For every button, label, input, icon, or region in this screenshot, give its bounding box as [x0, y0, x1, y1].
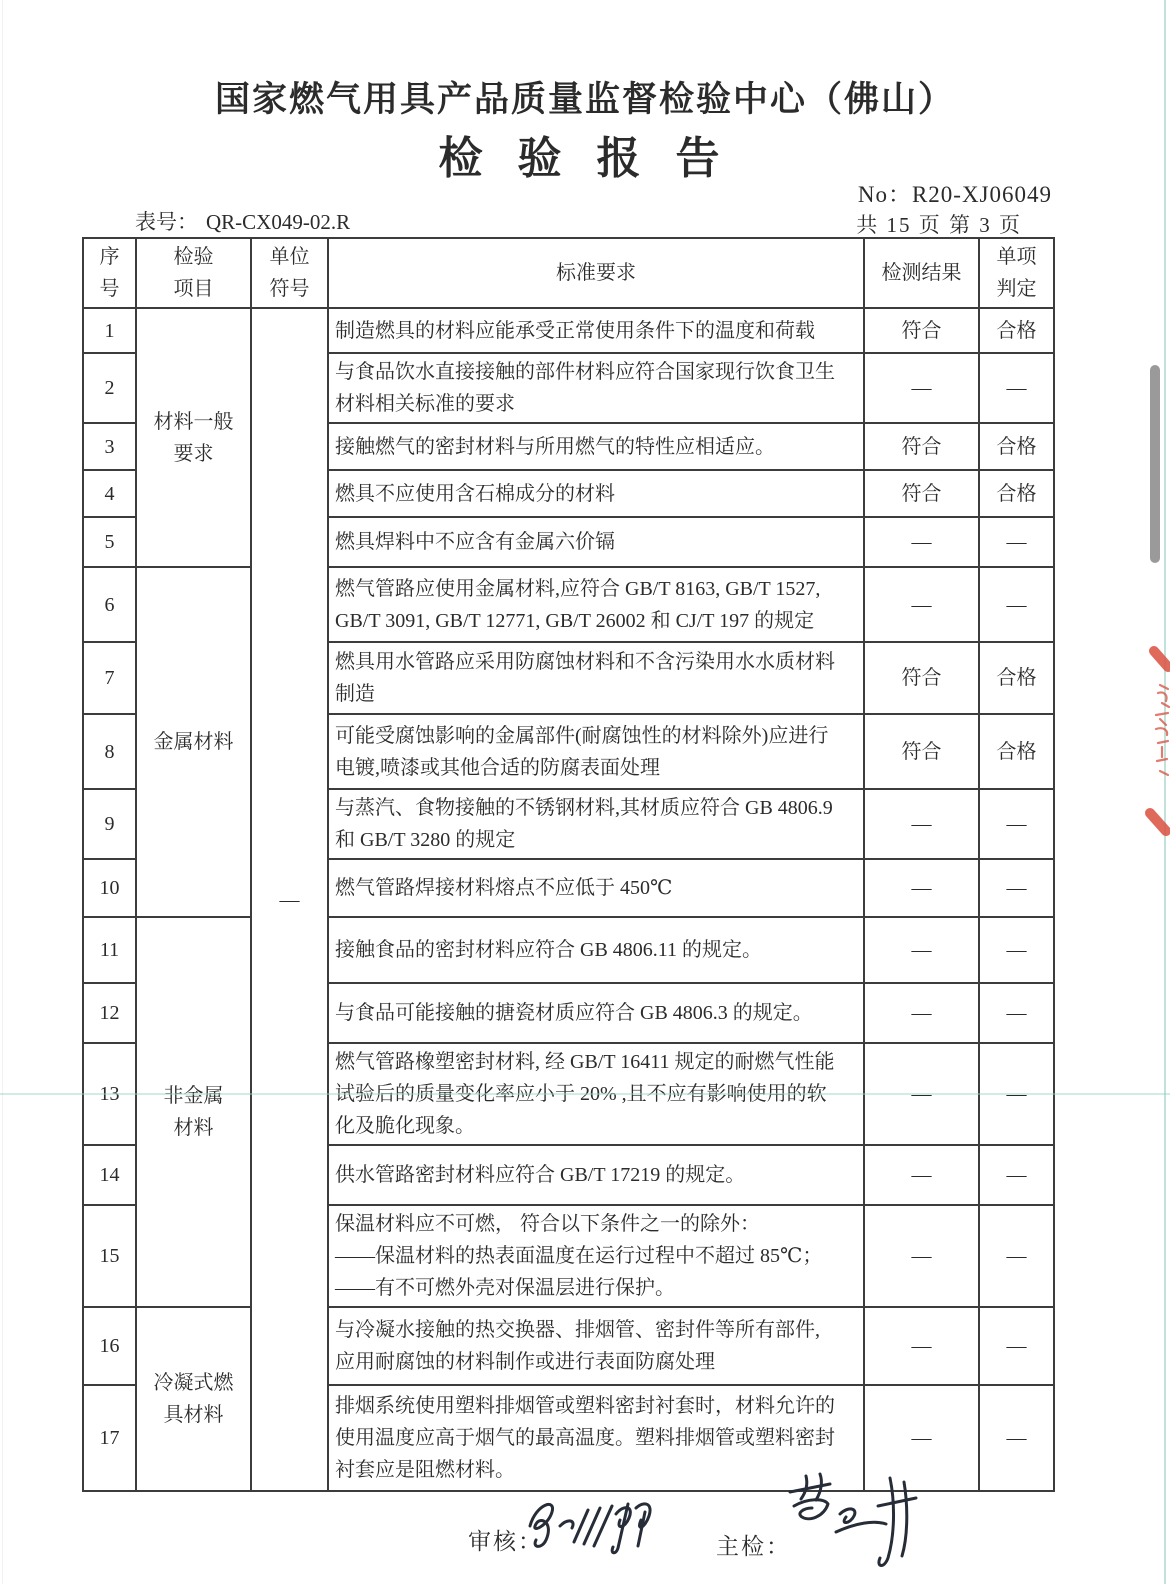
- result-cell: 符合: [864, 308, 979, 353]
- row-no: 14: [83, 1145, 136, 1205]
- group-label-condensing-materials: 冷凝式燃 具材料: [136, 1307, 251, 1491]
- table-row: 1 材料一般 要求 — 制造燃具的材料应能承受正常使用条件下的温度和荷载 符合 …: [83, 308, 1054, 353]
- page-info: 共 15 页 第 3 页: [856, 209, 1022, 239]
- col-header-result: 检测结果: [864, 238, 979, 308]
- row-no: 3: [83, 423, 136, 470]
- judgement-cell: —: [979, 1205, 1054, 1307]
- col-header-requirement: 标准要求: [328, 238, 864, 308]
- result-cell: 符合: [864, 642, 979, 714]
- row-no: 9: [83, 789, 136, 859]
- requirement-cell: 接触食品的密封材料应符合 GB 4806.11 的规定。: [328, 917, 864, 983]
- row-no: 11: [83, 917, 136, 983]
- judgement-cell: 合格: [979, 714, 1054, 789]
- col-header-item: 检验 项目: [136, 238, 251, 308]
- group-label-general-materials: 材料一般 要求: [136, 308, 251, 567]
- requirement-cell: 与食品可能接触的搪瓷材质应符合 GB 4806.3 的规定。: [328, 983, 864, 1043]
- red-stamp-fragment: [1138, 645, 1170, 840]
- col-header-judgement: 单项 判定: [979, 238, 1054, 308]
- report-number: No：R20-XJ06049: [858, 176, 1052, 209]
- row-no: 5: [83, 517, 136, 567]
- requirement-cell: 与食品饮水直接接触的部件材料应符合国家现行饮食卫生 材料相关标准的要求: [328, 353, 864, 423]
- judgement-cell: —: [979, 567, 1054, 642]
- row-no: 4: [83, 470, 136, 517]
- result-cell: 符合: [864, 423, 979, 470]
- result-cell: —: [864, 1307, 979, 1385]
- result-cell: —: [864, 353, 979, 423]
- table-header-row: 序 号 检验 项目 单位 符号 标准要求 检测结果 单项 判定: [83, 238, 1054, 308]
- col-header-unit: 单位 符号: [251, 238, 328, 308]
- requirement-cell: 燃具不应使用含石棉成分的材料: [328, 470, 864, 517]
- requirement-cell: 燃气管路应使用金属材料,应符合 GB/T 8163, GB/T 1527, GB…: [328, 567, 864, 642]
- requirement-cell: 燃具焊料中不应含有金属六价镉: [328, 517, 864, 567]
- judgement-cell: —: [979, 789, 1054, 859]
- group-label-nonmetal-materials: 非金属 材料: [136, 917, 251, 1307]
- table-row: 6 金属材料 燃气管路应使用金属材料,应符合 GB/T 8163, GB/T 1…: [83, 567, 1054, 642]
- result-cell: —: [864, 789, 979, 859]
- judgement-cell: 合格: [979, 470, 1054, 517]
- scan-fold-line: [0, 1093, 1170, 1095]
- judgement-cell: 合格: [979, 308, 1054, 353]
- row-no: 16: [83, 1307, 136, 1385]
- row-no: 17: [83, 1385, 136, 1491]
- org-title: 国家燃气用具产品质量监督检验中心（佛山）: [0, 72, 1170, 122]
- row-no: 12: [83, 983, 136, 1043]
- row-no: 10: [83, 859, 136, 917]
- result-cell: 符合: [864, 714, 979, 789]
- col-header-no: 序 号: [83, 238, 136, 308]
- scrollbar-thumb[interactable]: [1150, 365, 1160, 563]
- row-no: 8: [83, 714, 136, 789]
- result-cell: —: [864, 517, 979, 567]
- requirement-cell: 保温材料应不可燃， 符合以下条件之一的除外： ——保温材料的热表面温度在运行过程…: [328, 1205, 864, 1307]
- reviewer-signature: [516, 1488, 656, 1563]
- judgement-cell: —: [979, 1307, 1054, 1385]
- judgement-cell: —: [979, 917, 1054, 983]
- judgement-cell: —: [979, 517, 1054, 567]
- table-row: 16 冷凝式燃 具材料 与冷凝水接触的热交换器、排烟管、密封件等所有部件, 应用…: [83, 1307, 1054, 1385]
- result-cell: —: [864, 983, 979, 1043]
- result-cell: —: [864, 859, 979, 917]
- result-cell: —: [864, 567, 979, 642]
- group-label-metal-materials: 金属材料: [136, 567, 251, 917]
- unit-symbol-cell: —: [251, 308, 328, 1491]
- form-number: 表号：QR-CX049-02.R: [135, 206, 350, 236]
- requirement-cell: 与蒸汽、食物接触的不锈钢材料,其材质应符合 GB 4806.9 和 GB/T 3…: [328, 789, 864, 859]
- requirement-cell: 与冷凝水接触的热交换器、排烟管、密封件等所有部件, 应用耐腐蚀的材料制作或进行表…: [328, 1307, 864, 1385]
- judgement-cell: —: [979, 859, 1054, 917]
- row-no: 2: [83, 353, 136, 423]
- judgement-cell: —: [979, 1385, 1054, 1491]
- inspection-report-page: 国家燃气用具产品质量监督检验中心（佛山） 检 验 报 告 No：R20-XJ06…: [0, 0, 1170, 1584]
- row-no: 1: [83, 308, 136, 353]
- row-no: 7: [83, 642, 136, 714]
- inspection-table: 序 号 检验 项目 单位 符号 标准要求 检测结果 单项 判定 1 材料一般 要…: [82, 237, 1055, 1492]
- row-no: 15: [83, 1205, 136, 1307]
- chief-inspector-signature: [778, 1468, 928, 1578]
- judgement-cell: —: [979, 353, 1054, 423]
- requirement-cell: 制造燃具的材料应能承受正常使用条件下的温度和荷载: [328, 308, 864, 353]
- requirement-cell: 供水管路密封材料应符合 GB/T 17219 的规定。: [328, 1145, 864, 1205]
- judgement-cell: 合格: [979, 642, 1054, 714]
- requirement-cell: 燃气管路焊接材料熔点不应低于 450℃: [328, 859, 864, 917]
- form-number-value: QR-CX049-02.R: [206, 210, 350, 234]
- result-cell: —: [864, 1145, 979, 1205]
- result-cell: —: [864, 917, 979, 983]
- form-number-label: 表号：: [135, 210, 198, 234]
- page-edge-left: [2, 0, 3, 1584]
- judgement-cell: —: [979, 983, 1054, 1043]
- table-row: 11 非金属 材料 接触食品的密封材料应符合 GB 4806.11 的规定。 —…: [83, 917, 1054, 983]
- judgement-cell: 合格: [979, 423, 1054, 470]
- requirement-cell: 接触燃气的密封材料与所用燃气的特性应相适应。: [328, 423, 864, 470]
- requirement-cell: 燃具用水管路应采用防腐蚀材料和不含污染用水水质材料 制造: [328, 642, 864, 714]
- row-no: 6: [83, 567, 136, 642]
- result-cell: —: [864, 1205, 979, 1307]
- requirement-cell: 可能受腐蚀影响的金属部件(耐腐蚀性的材料除外)应进行 电镀,喷漆或其他合适的防腐…: [328, 714, 864, 789]
- result-cell: 符合: [864, 470, 979, 517]
- judgement-cell: —: [979, 1145, 1054, 1205]
